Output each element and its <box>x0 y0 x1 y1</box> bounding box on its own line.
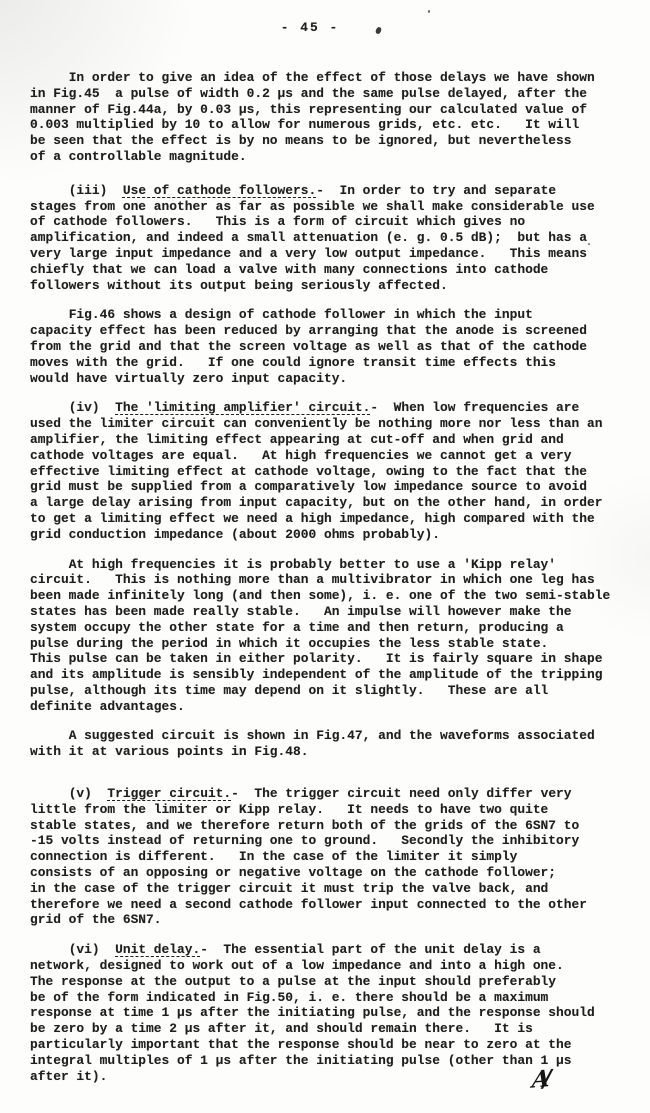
paragraph-text: Fig.46 shows a design of cathode followe… <box>30 307 587 385</box>
paragraph: (iii) Use of cathode followers.- In orde… <box>30 183 632 294</box>
paragraph-text: - In order to try and separate stages fr… <box>30 183 595 293</box>
page-number: - 45 - <box>0 20 620 36</box>
paragraph-text: - When low frequencies are used the limi… <box>30 400 602 541</box>
paragraph-prefix: (iv) <box>30 400 115 415</box>
paragraph-prefix: (iii) <box>30 183 123 198</box>
section-heading: Trigger circuit. <box>107 786 231 801</box>
paragraph-prefix: (vi) <box>30 942 115 957</box>
paragraph: (v) Trigger circuit.- The trigger circui… <box>30 786 632 928</box>
paragraph-prefix: (v) <box>30 786 107 801</box>
paragraph-text: In order to give an idea of the effect o… <box>30 70 595 164</box>
paragraph-text: At high frequencies it is probably bette… <box>30 557 610 714</box>
paragraph: (vi) Unit delay.- The essential part of … <box>30 942 632 1084</box>
paragraph: In order to give an idea of the effect o… <box>30 70 632 165</box>
section-heading: Unit delay. <box>115 942 200 957</box>
paragraph: A suggested circuit is shown in Fig.47, … <box>30 728 632 760</box>
page-body: In order to give an idea of the effect o… <box>0 70 650 1098</box>
document-page: - 45 - In order to give an idea of the e… <box>0 0 650 1113</box>
paragraph-text: - The essential part of the unit delay i… <box>30 942 595 1083</box>
paragraph: (iv) The 'limiting amplifier' circuit.- … <box>30 400 632 542</box>
section-heading: Use of cathode followers. <box>123 183 316 198</box>
paragraph-text: A suggested circuit is shown in Fig.47, … <box>30 728 595 759</box>
paragraph-text: - The trigger circuit need only differ v… <box>30 786 587 927</box>
paragraph: At high frequencies it is probably bette… <box>30 557 632 715</box>
handwritten-initial: A/ <box>532 1071 545 1088</box>
ink-speck <box>428 10 430 13</box>
section-heading: The 'limiting amplifier' circuit. <box>115 400 370 415</box>
paragraph: Fig.46 shows a design of cathode followe… <box>30 307 632 386</box>
